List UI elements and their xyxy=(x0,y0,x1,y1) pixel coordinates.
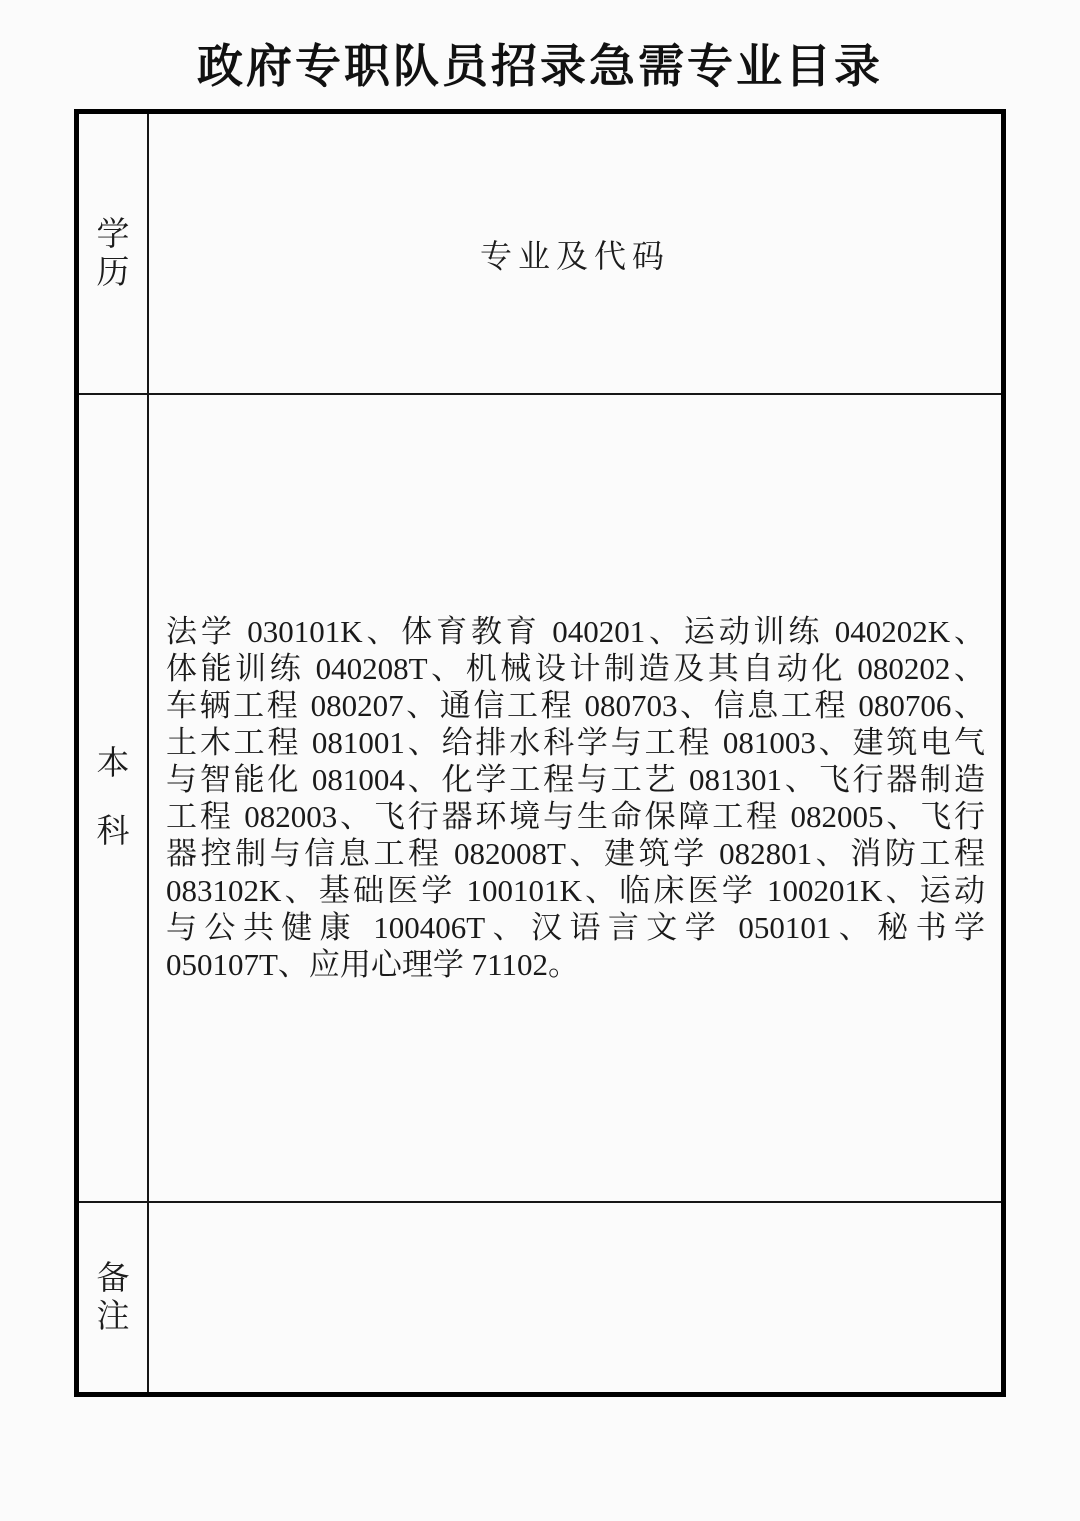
major-code-header-label: 专业及代码 xyxy=(480,231,670,277)
major-line: 工程 082003、飞行器环境与生命保障工程 082005、飞行 xyxy=(166,798,985,835)
document-page: 政府专职队员招录急需专业目录 学历 专业及代码 本科 法学 030101K、体育… xyxy=(0,0,1080,1521)
major-line: 体能训练 040208T、机械设计制造及其自动化 080202、 xyxy=(166,650,985,687)
education-header-cell: 学历 xyxy=(79,114,149,395)
remarks-header-label: 备注 xyxy=(95,1260,131,1336)
major-code-header-cell: 专业及代码 xyxy=(149,114,1001,395)
remarks-header-cell: 备注 xyxy=(79,1203,149,1392)
bachelor-level-label: 本科 xyxy=(95,730,131,866)
major-line: 083102K、基础医学 100101K、临床医学 100201K、运动 xyxy=(166,872,985,909)
bachelor-majors-cell: 法学 030101K、体育教育 040201、运动训练 040202K、体能训练… xyxy=(149,395,1001,1203)
major-line: 与公共健康 100406T、汉语言文学 050101、秘书学 xyxy=(166,909,985,946)
major-line: 车辆工程 080207、通信工程 080703、信息工程 080706、 xyxy=(166,687,985,724)
bachelor-level-cell: 本科 xyxy=(79,395,149,1203)
major-line: 与智能化 081004、化学工程与工艺 081301、飞行器制造 xyxy=(166,761,985,798)
majors-paragraph: 法学 030101K、体育教育 040201、运动训练 040202K、体能训练… xyxy=(166,613,985,983)
major-line: 器控制与信息工程 082008T、建筑学 082801、消防工程 xyxy=(166,835,985,872)
remarks-content-cell xyxy=(149,1203,1001,1392)
document-title: 政府专职队员招录急需专业目录 xyxy=(0,30,1080,96)
education-header-label: 学历 xyxy=(95,216,131,292)
major-line: 土木工程 081001、给排水科学与工程 081003、建筑电气 xyxy=(166,724,985,761)
majors-catalog-table: 学历 专业及代码 本科 法学 030101K、体育教育 040201、运动训练 … xyxy=(74,109,1006,1397)
major-line: 050107T、应用心理学 71102。 xyxy=(166,946,985,983)
major-line: 法学 030101K、体育教育 040201、运动训练 040202K、 xyxy=(166,613,985,650)
